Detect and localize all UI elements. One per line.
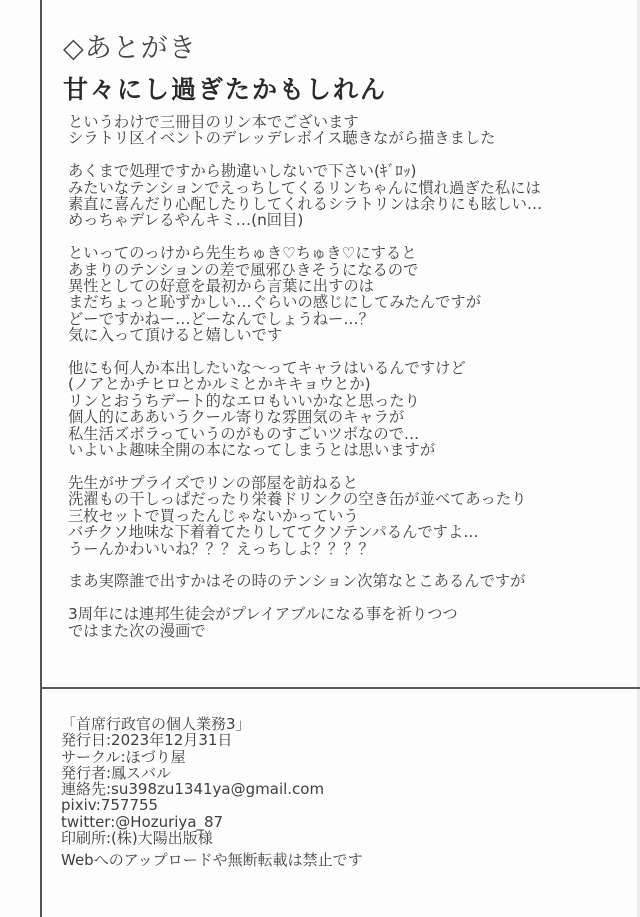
text-line: シラトリ区イベントのデレッデレボイス聴きながら描きました xyxy=(68,130,628,146)
colophon: 「首席行政官の個人業務3」 発行日:2023年12月31日 サークル:ほづり屋 … xyxy=(61,716,324,846)
text-line: リンとおうちデート的なエロもいいかなと思ったり xyxy=(68,393,628,409)
paragraph-5: 先生がサプライズでリンの部屋を訪ねると 洗濯もの干しっぱだったり栄養ドリンクの空… xyxy=(68,475,628,557)
text-line: うーんかわいいね？？？えっちしよ？？？？ xyxy=(68,541,628,557)
paragraph-1: というわけで三冊目のリン本でございます シラトリ区イベントのデレッデレボイス聴き… xyxy=(68,114,628,147)
text-line: といってのっけから先生ちゅき♡ちゅき♡にすると xyxy=(68,245,628,261)
text-line: 気に入って頂けると嬉しいです xyxy=(68,327,628,343)
text-line: まあ実際誰で出すかはその時のテンション次第なとこあるんですが xyxy=(68,573,628,589)
publisher: 発行者:鳳スバル xyxy=(61,765,324,781)
contact-email: 連絡先:su398zu1341ya@gmail.com xyxy=(61,781,324,797)
text-line: どーですかねー…どーなんでしょうねー…？ xyxy=(68,311,628,327)
section-divider xyxy=(40,687,640,689)
afterword-heading: ◇あとがき xyxy=(63,26,197,65)
afterword-title: 甘々にし過ぎたかもしれん xyxy=(63,70,387,106)
book-title: 「首席行政官の個人業務3」 xyxy=(61,716,324,732)
circle-name: サークル:ほづり屋 xyxy=(61,749,324,765)
text-line: ではまた次の漫画で xyxy=(68,623,628,639)
text-line: (ノアとかチヒロとかルミとかキキョウとか) xyxy=(68,376,628,392)
reprint-notice: Webへのアップロードや無断転載は禁止です xyxy=(61,849,363,870)
text-line: 他にも何人か本出したいな～ってキャラはいるんですけど xyxy=(68,360,628,376)
afterword-page: ◇あとがき 甘々にし過ぎたかもしれん というわけで三冊目のリン本でございます シ… xyxy=(0,0,640,917)
issue-date: 発行日:2023年12月31日 xyxy=(61,732,324,748)
text-line: 個人的にああいうクール寄りな雰囲気のキャラが xyxy=(68,409,628,425)
paragraph-7: 3周年には連邦生徒会がプレイアブルになる事を祈りつつ ではまた次の漫画で xyxy=(68,606,628,639)
text-line: めっちゃデレるやんキミ…(n回目) xyxy=(68,212,628,228)
pixiv-id: pixiv:757755 xyxy=(61,797,324,813)
text-line: みたいなテンションでえっちしてくるリンちゃんに慣れ過ぎた私には xyxy=(68,180,628,196)
text-line: 三枚セットで買ったんじゃないかっていう xyxy=(68,508,628,524)
text-line: 異性としての好意を最初から言葉に出すのは xyxy=(68,278,628,294)
text-line: 先生がサプライズでリンの部屋を訪ねると xyxy=(68,475,628,491)
paragraph-4: 他にも何人か本出したいな～ってキャラはいるんですけど (ノアとかチヒロとかルミと… xyxy=(68,360,628,458)
text-line: あまりのテンションの差で風邪ひきそうになるので xyxy=(68,262,628,278)
twitter-handle: twitter:@Hozuriya_87 xyxy=(61,814,324,830)
text-line: 素直に喜んだり心配したりしてくれるシラトリンは余りにも眩しい… xyxy=(68,196,628,212)
text-line: あくまで処理ですから勘違いしないで下さい(ｷﾞﾛｯ) xyxy=(68,163,628,179)
text-line: 洗濯もの干しっぱだったり栄養ドリンクの空き缶が並べてあったり xyxy=(68,491,628,507)
text-line: 私生活ズボラっていうのがものすごいツボなので… xyxy=(68,426,628,442)
text-line: 3周年には連邦生徒会がプレイアブルになる事を祈りつつ xyxy=(68,606,628,622)
afterword-body: というわけで三冊目のリン本でございます シラトリ区イベントのデレッデレボイス聴き… xyxy=(68,114,628,655)
text-line: というわけで三冊目のリン本でございます xyxy=(68,114,628,130)
paragraph-2: あくまで処理ですから勘違いしないで下さい(ｷﾞﾛｯ) みたいなテンションでえっち… xyxy=(68,163,628,229)
text-line: まだちょっと恥ずかしい…ぐらいの感じにしてみたんですが xyxy=(68,294,628,310)
paragraph-6: まあ実際誰で出すかはその時のテンション次第なとこあるんですが xyxy=(68,573,628,589)
text-line: いよいよ趣味全開の本になってしまうとは思いますが xyxy=(68,442,628,458)
text-line: バチクソ地味な下着着てたりしててクソテンパるんですよ… xyxy=(68,524,628,540)
paragraph-3: といってのっけから先生ちゅき♡ちゅき♡にすると あまりのテンションの差で風邪ひき… xyxy=(68,245,628,343)
left-border-line xyxy=(40,0,42,917)
printer: 印刷所:(株)大陽出版様 xyxy=(61,830,324,846)
